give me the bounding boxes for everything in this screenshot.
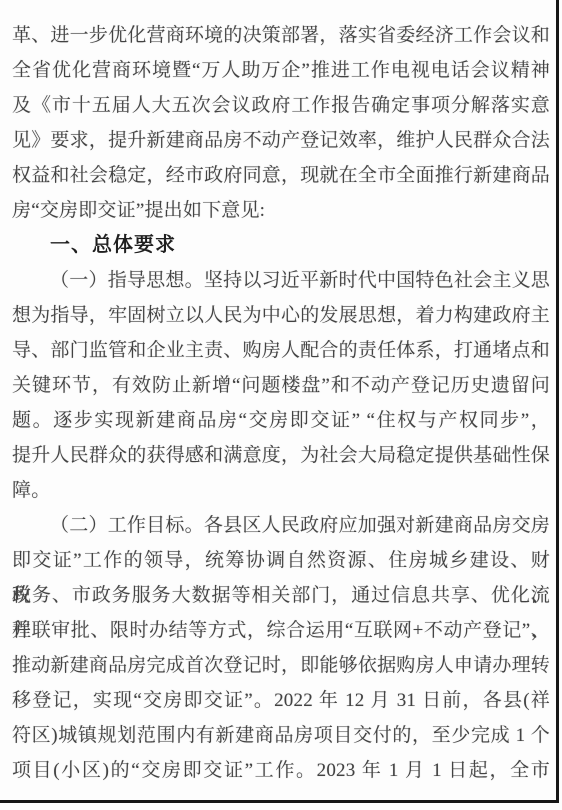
document-line: 并联审批、限时办结等方式，综合运用“互联网+不动产登记”，	[12, 613, 550, 648]
document-line: （一）指导思想。坚持以习近平新时代中国特色社会主义思	[12, 263, 550, 298]
document-line: 想为指导，牢固树立以人民为中心的发展思想，着力构建政府主	[12, 298, 550, 333]
document-line: 移登记，实现“交房即交证”。2022 年 12 月 31 日前，各县(祥	[12, 683, 550, 718]
scan-edge-bottom	[0, 800, 559, 803]
document-line: 权益和社会稳定，经市政府同意，现就在全市全面推行新建商品	[12, 158, 550, 193]
document-body: 革、进一步优化营商环境的决策部署，落实省委经济工作会议和全省优化营商环境暨“万人…	[12, 18, 550, 788]
scanned-document-page: 革、进一步优化营商环境的决策部署，落实省委经济工作会议和全省优化营商环境暨“万人…	[0, 0, 562, 810]
document-line: 推动新建商品房完成首次登记时，即能够依据购房人申请办理转	[12, 648, 550, 683]
document-line: 革、进一步优化营商环境的决策部署，落实省委经济工作会议和	[12, 18, 550, 53]
document-line: 障。	[12, 473, 550, 508]
section-heading: 一、总体要求	[12, 228, 550, 263]
document-line: 项目(小区)的“交房即交证”工作。2023 年 1 月 1 日起，全市	[12, 753, 550, 788]
document-line: 导、部门监管和企业主责、购房人配合的责任体系，打通堵点和	[12, 333, 550, 368]
document-line: 及《市十五届人大五次会议政府工作报告确定事项分解落实意	[12, 88, 550, 123]
document-line: 即交证”工作的领导，统筹协调自然资源、住房城乡建设、财政、	[12, 543, 550, 578]
document-line: 关键环节，有效防止新增“问题楼盘”和不动产登记历史遗留问	[12, 368, 550, 403]
document-line: 题。逐步实现新建商品房“交房即交证” “住权与产权同步”，	[12, 403, 550, 438]
document-line: （二）工作目标。各县区人民政府应加强对新建商品房交房	[12, 508, 550, 543]
scan-edge-right	[556, 0, 559, 803]
document-line: 提升人民群众的获得感和满意度，为社会大局稳定提供基础性保	[12, 438, 550, 473]
document-line: 房“交房即交证”提出如下意见:	[12, 193, 550, 228]
document-line: 全省优化营商环境暨“万人助万企”推进工作电视电话会议精神	[12, 53, 550, 88]
document-line: 符区)城镇规划范围内有新建商品房项目交付的，至少完成 1 个	[12, 718, 550, 753]
document-line: 税务、市政务服务大数据等相关部门，通过信息共享、优化流程、	[12, 578, 550, 613]
document-line: 见》要求，提升新建商品房不动产登记效率，维护人民群众合法	[12, 123, 550, 158]
